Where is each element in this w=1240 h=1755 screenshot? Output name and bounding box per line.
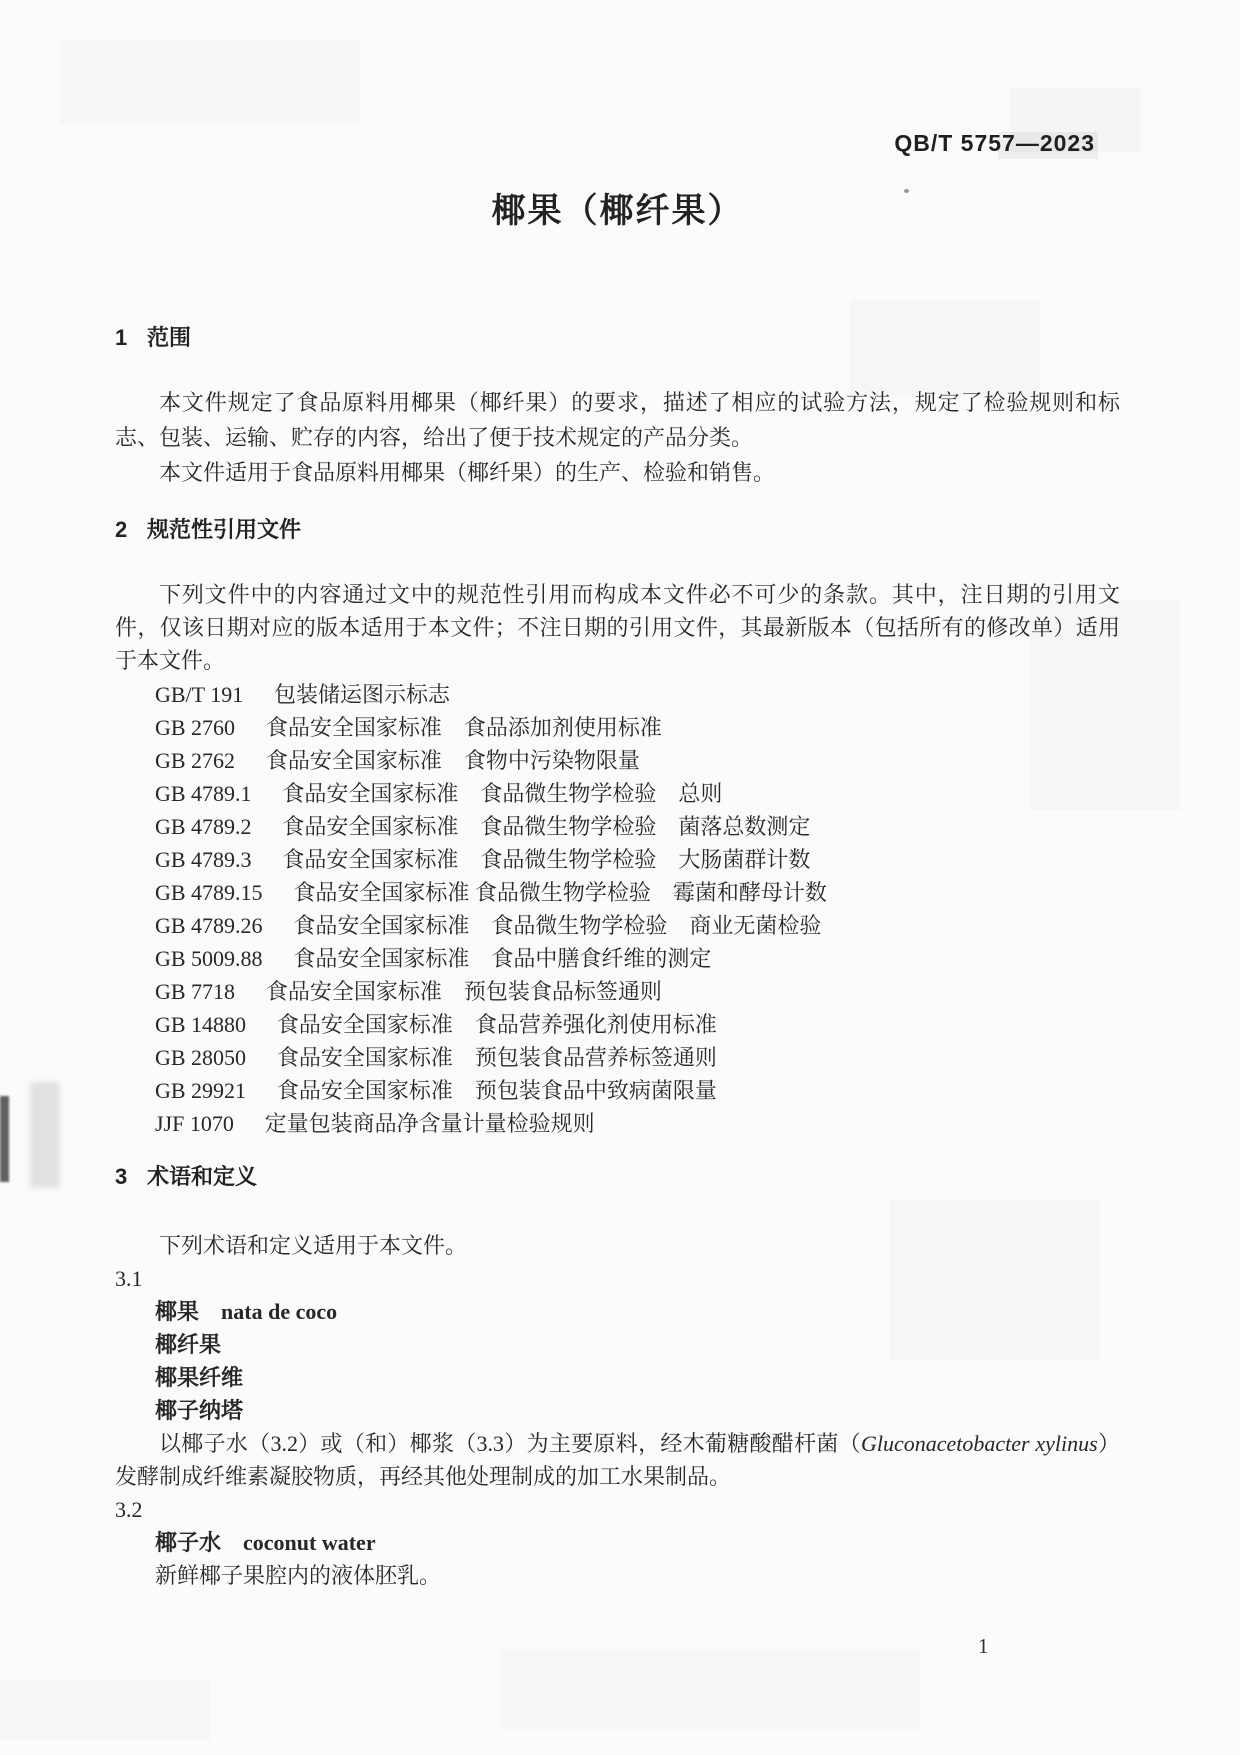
terms-intro: 下列术语和定义适用于本文件。 bbox=[115, 1229, 1120, 1262]
section-1-number: 1 bbox=[115, 325, 127, 350]
section-1-title: 范围 bbox=[147, 325, 191, 350]
section-2-intro: 下列文件中的内容通过文中的规范性引用而构成本文件必不可少的条款。其中，注日期的引… bbox=[115, 578, 1120, 677]
term-zh: 椰果 bbox=[155, 1299, 199, 1324]
paragraph: 下列文件中的内容通过文中的规范性引用而构成本文件必不可少的条款。其中，注日期的引… bbox=[115, 578, 1120, 677]
term-en: coconut water bbox=[243, 1530, 376, 1555]
reference-code: GB 5009.88 bbox=[155, 946, 263, 971]
term-en: nata de coco bbox=[221, 1299, 337, 1324]
section-1-heading: 1范围 bbox=[115, 325, 1120, 351]
reference-item: GB 4789.1食品安全国家标准 食品微生物学检验 总则 bbox=[155, 777, 1120, 810]
paragraph: 本文件规定了食品原料用椰果（椰纤果）的要求，描述了相应的试验方法，规定了检验规则… bbox=[115, 385, 1120, 455]
term-3-2-label: 3.2 bbox=[115, 1493, 1120, 1526]
term-zh: 椰子水 bbox=[155, 1530, 221, 1555]
reference-item: GB 14880食品安全国家标准 食品营养强化剂使用标准 bbox=[155, 1008, 1120, 1041]
reference-item: GB 4789.15食品安全国家标准 食品微生物学检验 霉菌和酵母计数 bbox=[155, 876, 1120, 909]
reference-title: 食品安全国家标准 食物中污染物限量 bbox=[266, 748, 640, 773]
document-page: QB/T 5757—2023 椰果（椰纤果） 1范围 本文件规定了食品原料用椰果… bbox=[0, 0, 1240, 1755]
reference-code: GB 14880 bbox=[155, 1012, 246, 1037]
reference-title: 食品安全国家标准 食品微生物学检验 大肠菌群计数 bbox=[282, 847, 810, 872]
reference-code: GB/T 191 bbox=[155, 682, 243, 707]
reference-item: GB 4789.3食品安全国家标准 食品微生物学检验 大肠菌群计数 bbox=[155, 843, 1120, 876]
section-3-title: 术语和定义 bbox=[147, 1164, 257, 1189]
page-content: QB/T 5757—2023 椰果（椰纤果） 1范围 本文件规定了食品原料用椰果… bbox=[0, 130, 1240, 1592]
term-3-2-name: 椰子水coconut water bbox=[155, 1526, 1120, 1559]
reference-title: 定量包装商品净含量计量检验规则 bbox=[265, 1111, 595, 1136]
reference-item: GB 28050食品安全国家标准 预包装食品营养标签通则 bbox=[155, 1041, 1120, 1074]
section-1-body: 本文件规定了食品原料用椰果（椰纤果）的要求，描述了相应的试验方法，规定了检验规则… bbox=[115, 385, 1120, 490]
normative-references-list: GB/T 191包装储运图示标志 GB 2760食品安全国家标准 食品添加剂使用… bbox=[155, 678, 1120, 1140]
term-synonym: 椰果纤维 bbox=[155, 1361, 1120, 1394]
reference-code: JJF 1070 bbox=[155, 1111, 234, 1136]
scan-artifact-blotch bbox=[60, 40, 360, 125]
reference-item: GB 5009.88食品安全国家标准 食品中膳食纤维的测定 bbox=[155, 942, 1120, 975]
reference-code: GB 2760 bbox=[155, 715, 235, 740]
reference-title: 包装储运图示标志 bbox=[274, 682, 450, 707]
page-title: 椰果（椰纤果） bbox=[115, 189, 1120, 233]
section-2-title: 规范性引用文件 bbox=[147, 517, 301, 542]
reference-title: 食品安全国家标准 食品微生物学检验 霉菌和酵母计数 bbox=[293, 880, 827, 905]
section-2-heading: 2规范性引用文件 bbox=[115, 517, 1120, 543]
reference-item: GB 4789.2食品安全国家标准 食品微生物学检验 菌落总数测定 bbox=[155, 810, 1120, 843]
reference-code: GB 4789.3 bbox=[155, 847, 252, 872]
section-3-number: 3 bbox=[115, 1164, 127, 1189]
scan-artifact-blotch bbox=[500, 1650, 920, 1730]
reference-code: GB 4789.2 bbox=[155, 814, 252, 839]
term-3-1-definition: 以椰子水（3.2）或（和）椰浆（3.3）为主要原料，经木葡糖酸醋杆菌（Gluco… bbox=[115, 1427, 1120, 1493]
reference-code: GB 4789.26 bbox=[155, 913, 263, 938]
section-2-number: 2 bbox=[115, 517, 127, 542]
reference-title: 食品安全国家标准 食品微生物学检验 菌落总数测定 bbox=[282, 814, 810, 839]
reference-title: 食品安全国家标准 食品添加剂使用标准 bbox=[266, 715, 662, 740]
reference-item: JJF 1070定量包装商品净含量计量检验规则 bbox=[155, 1107, 1120, 1140]
scan-artifact-blotch bbox=[0, 1680, 210, 1740]
term-synonym: 椰纤果 bbox=[155, 1328, 1120, 1361]
page-number: 1 bbox=[978, 1634, 989, 1659]
reference-title: 食品安全国家标准 预包装食品标签通则 bbox=[266, 979, 662, 1004]
reference-title: 食品安全国家标准 预包装食品中致病菌限量 bbox=[277, 1078, 717, 1103]
reference-code: GB 4789.15 bbox=[155, 880, 263, 905]
reference-title: 食品安全国家标准 预包装食品营养标签通则 bbox=[277, 1045, 717, 1070]
term-3-1-name: 椰果nata de coco bbox=[155, 1295, 1120, 1328]
term-synonym: 椰子纳塔 bbox=[155, 1394, 1120, 1427]
reference-code: GB 28050 bbox=[155, 1045, 246, 1070]
reference-code: GB 2762 bbox=[155, 748, 235, 773]
reference-code: GB 29921 bbox=[155, 1078, 246, 1103]
reference-item: GB 4789.26食品安全国家标准 食品微生物学检验 商业无菌检验 bbox=[155, 909, 1120, 942]
term-3-2-definition: 新鲜椰子果腔内的液体胚乳。 bbox=[155, 1559, 1120, 1592]
section-3-heading: 3术语和定义 bbox=[115, 1164, 1120, 1190]
paragraph: 本文件适用于食品原料用椰果（椰纤果）的生产、检验和销售。 bbox=[115, 455, 1120, 490]
term-3-1-label: 3.1 bbox=[115, 1262, 1120, 1295]
reference-item: GB 7718食品安全国家标准 预包装食品标签通则 bbox=[155, 975, 1120, 1008]
reference-code: GB 7718 bbox=[155, 979, 235, 1004]
definition-text: 以椰子水（3.2）或（和）椰浆（3.3）为主要原料，经木葡糖酸醋杆菌（ bbox=[159, 1431, 861, 1456]
reference-title: 食品安全国家标准 食品微生物学检验 总则 bbox=[282, 781, 722, 806]
reference-title: 食品安全国家标准 食品微生物学检验 商业无菌检验 bbox=[293, 913, 821, 938]
reference-item: GB/T 191包装储运图示标志 bbox=[155, 678, 1120, 711]
species-name-italic: Gluconacetobacter xylinus bbox=[861, 1431, 1098, 1456]
doc-code: QB/T 5757—2023 bbox=[115, 130, 1120, 157]
reference-item: GB 2762食品安全国家标准 食物中污染物限量 bbox=[155, 744, 1120, 777]
reference-title: 食品安全国家标准 食品中膳食纤维的测定 bbox=[293, 946, 711, 971]
reference-item: GB 2760食品安全国家标准 食品添加剂使用标准 bbox=[155, 711, 1120, 744]
reference-item: GB 29921食品安全国家标准 预包装食品中致病菌限量 bbox=[155, 1074, 1120, 1107]
reference-title: 食品安全国家标准 食品营养强化剂使用标准 bbox=[277, 1012, 717, 1037]
reference-code: GB 4789.1 bbox=[155, 781, 252, 806]
terms-and-definitions: 下列术语和定义适用于本文件。 3.1 椰果nata de coco 椰纤果 椰果… bbox=[115, 1229, 1120, 1592]
